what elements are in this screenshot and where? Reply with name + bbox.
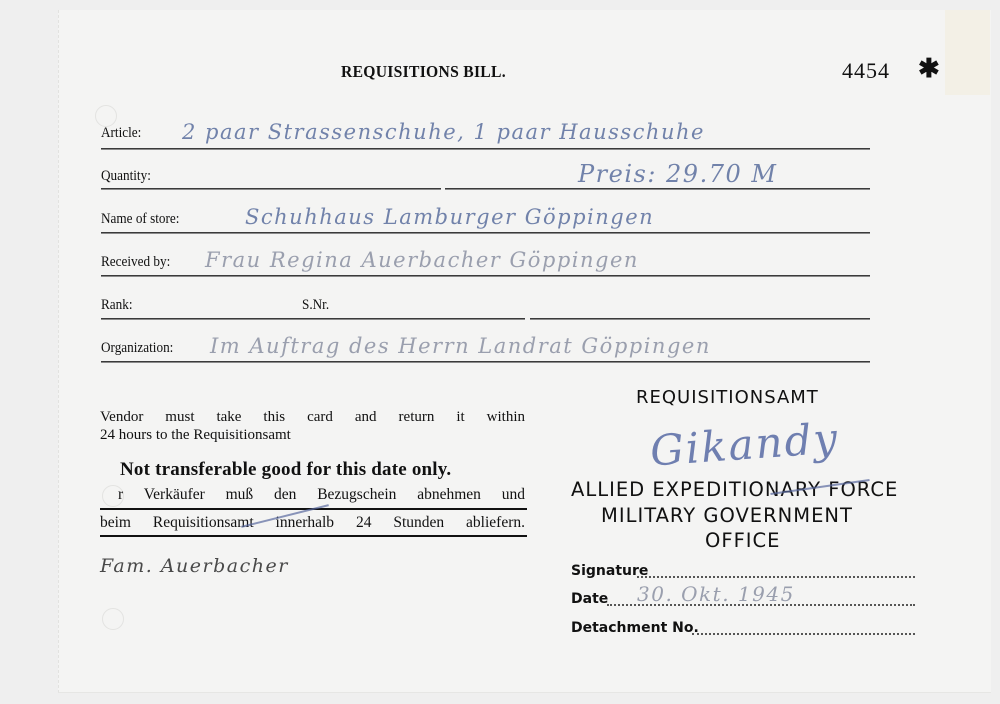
- quantity-value[interactable]: Preis: 29.70 M: [578, 160, 777, 188]
- signature-dotted-line[interactable]: [637, 576, 915, 578]
- organization-line: [101, 361, 870, 363]
- document-title: REQUISITIONS BILL.: [341, 62, 506, 82]
- quantity-label: Quantity:: [101, 168, 151, 185]
- date-label: Date: [571, 591, 608, 607]
- detachment-dotted-line[interactable]: [692, 633, 915, 635]
- quantity-line-right: [445, 188, 870, 190]
- not-transferable-notice: Not transferable good for this date only…: [120, 459, 451, 481]
- rank-line: [101, 318, 525, 320]
- article-value[interactable]: 2 paar Strassenschuhe, 1 paar Hausschuhe: [182, 120, 705, 144]
- office-line: OFFICE: [705, 529, 780, 552]
- snr-label: S.Nr.: [302, 297, 329, 314]
- rank-label: Rank:: [101, 297, 133, 314]
- punch-mark: [102, 608, 124, 630]
- article-line: [101, 148, 870, 150]
- received-by-line: [101, 275, 870, 277]
- received-by-label: Received by:: [101, 254, 170, 271]
- store-value[interactable]: Schuhhaus Lamburger Göppingen: [245, 205, 654, 229]
- vendor-instruction-line1: Vendor must take this card and return it…: [100, 408, 525, 427]
- german-instruction-line2: beim Requisitionsamt innerhalb 24 Stunde…: [100, 514, 525, 532]
- organization-value[interactable]: Im Auftrag des Herrn Landrat Göppingen: [210, 334, 711, 358]
- organization-label: Organization:: [101, 340, 173, 357]
- store-label: Name of store:: [101, 211, 179, 228]
- article-label: Article:: [101, 125, 141, 142]
- paper-stain: [945, 10, 990, 95]
- vendor-signature: Fam. Auerbacher: [100, 555, 289, 577]
- asterisk-mark-icon: ✱: [918, 54, 940, 84]
- received-by-value[interactable]: Frau Regina Auerbacher Göppingen: [205, 248, 639, 272]
- quantity-line-left: [101, 188, 441, 190]
- divider-rule: [100, 535, 527, 537]
- german-instruction-line1: r Verkäufer muß den Bezugschein abnehmen…: [118, 486, 525, 504]
- punch-mark: [95, 105, 117, 127]
- requisitionsamt-heading: REQUISITIONSAMT: [636, 387, 819, 408]
- vendor-instruction-line2: 24 hours to the Requisitionsamt: [100, 427, 291, 444]
- store-line: [101, 232, 870, 234]
- date-value[interactable]: 30. Okt. 1945: [637, 582, 795, 606]
- military-government-line: MILITARY GOVERNMENT: [601, 504, 853, 527]
- snr-line: [530, 318, 870, 320]
- serial-number: 4454: [842, 58, 890, 84]
- detachment-label: Detachment No.: [571, 620, 699, 636]
